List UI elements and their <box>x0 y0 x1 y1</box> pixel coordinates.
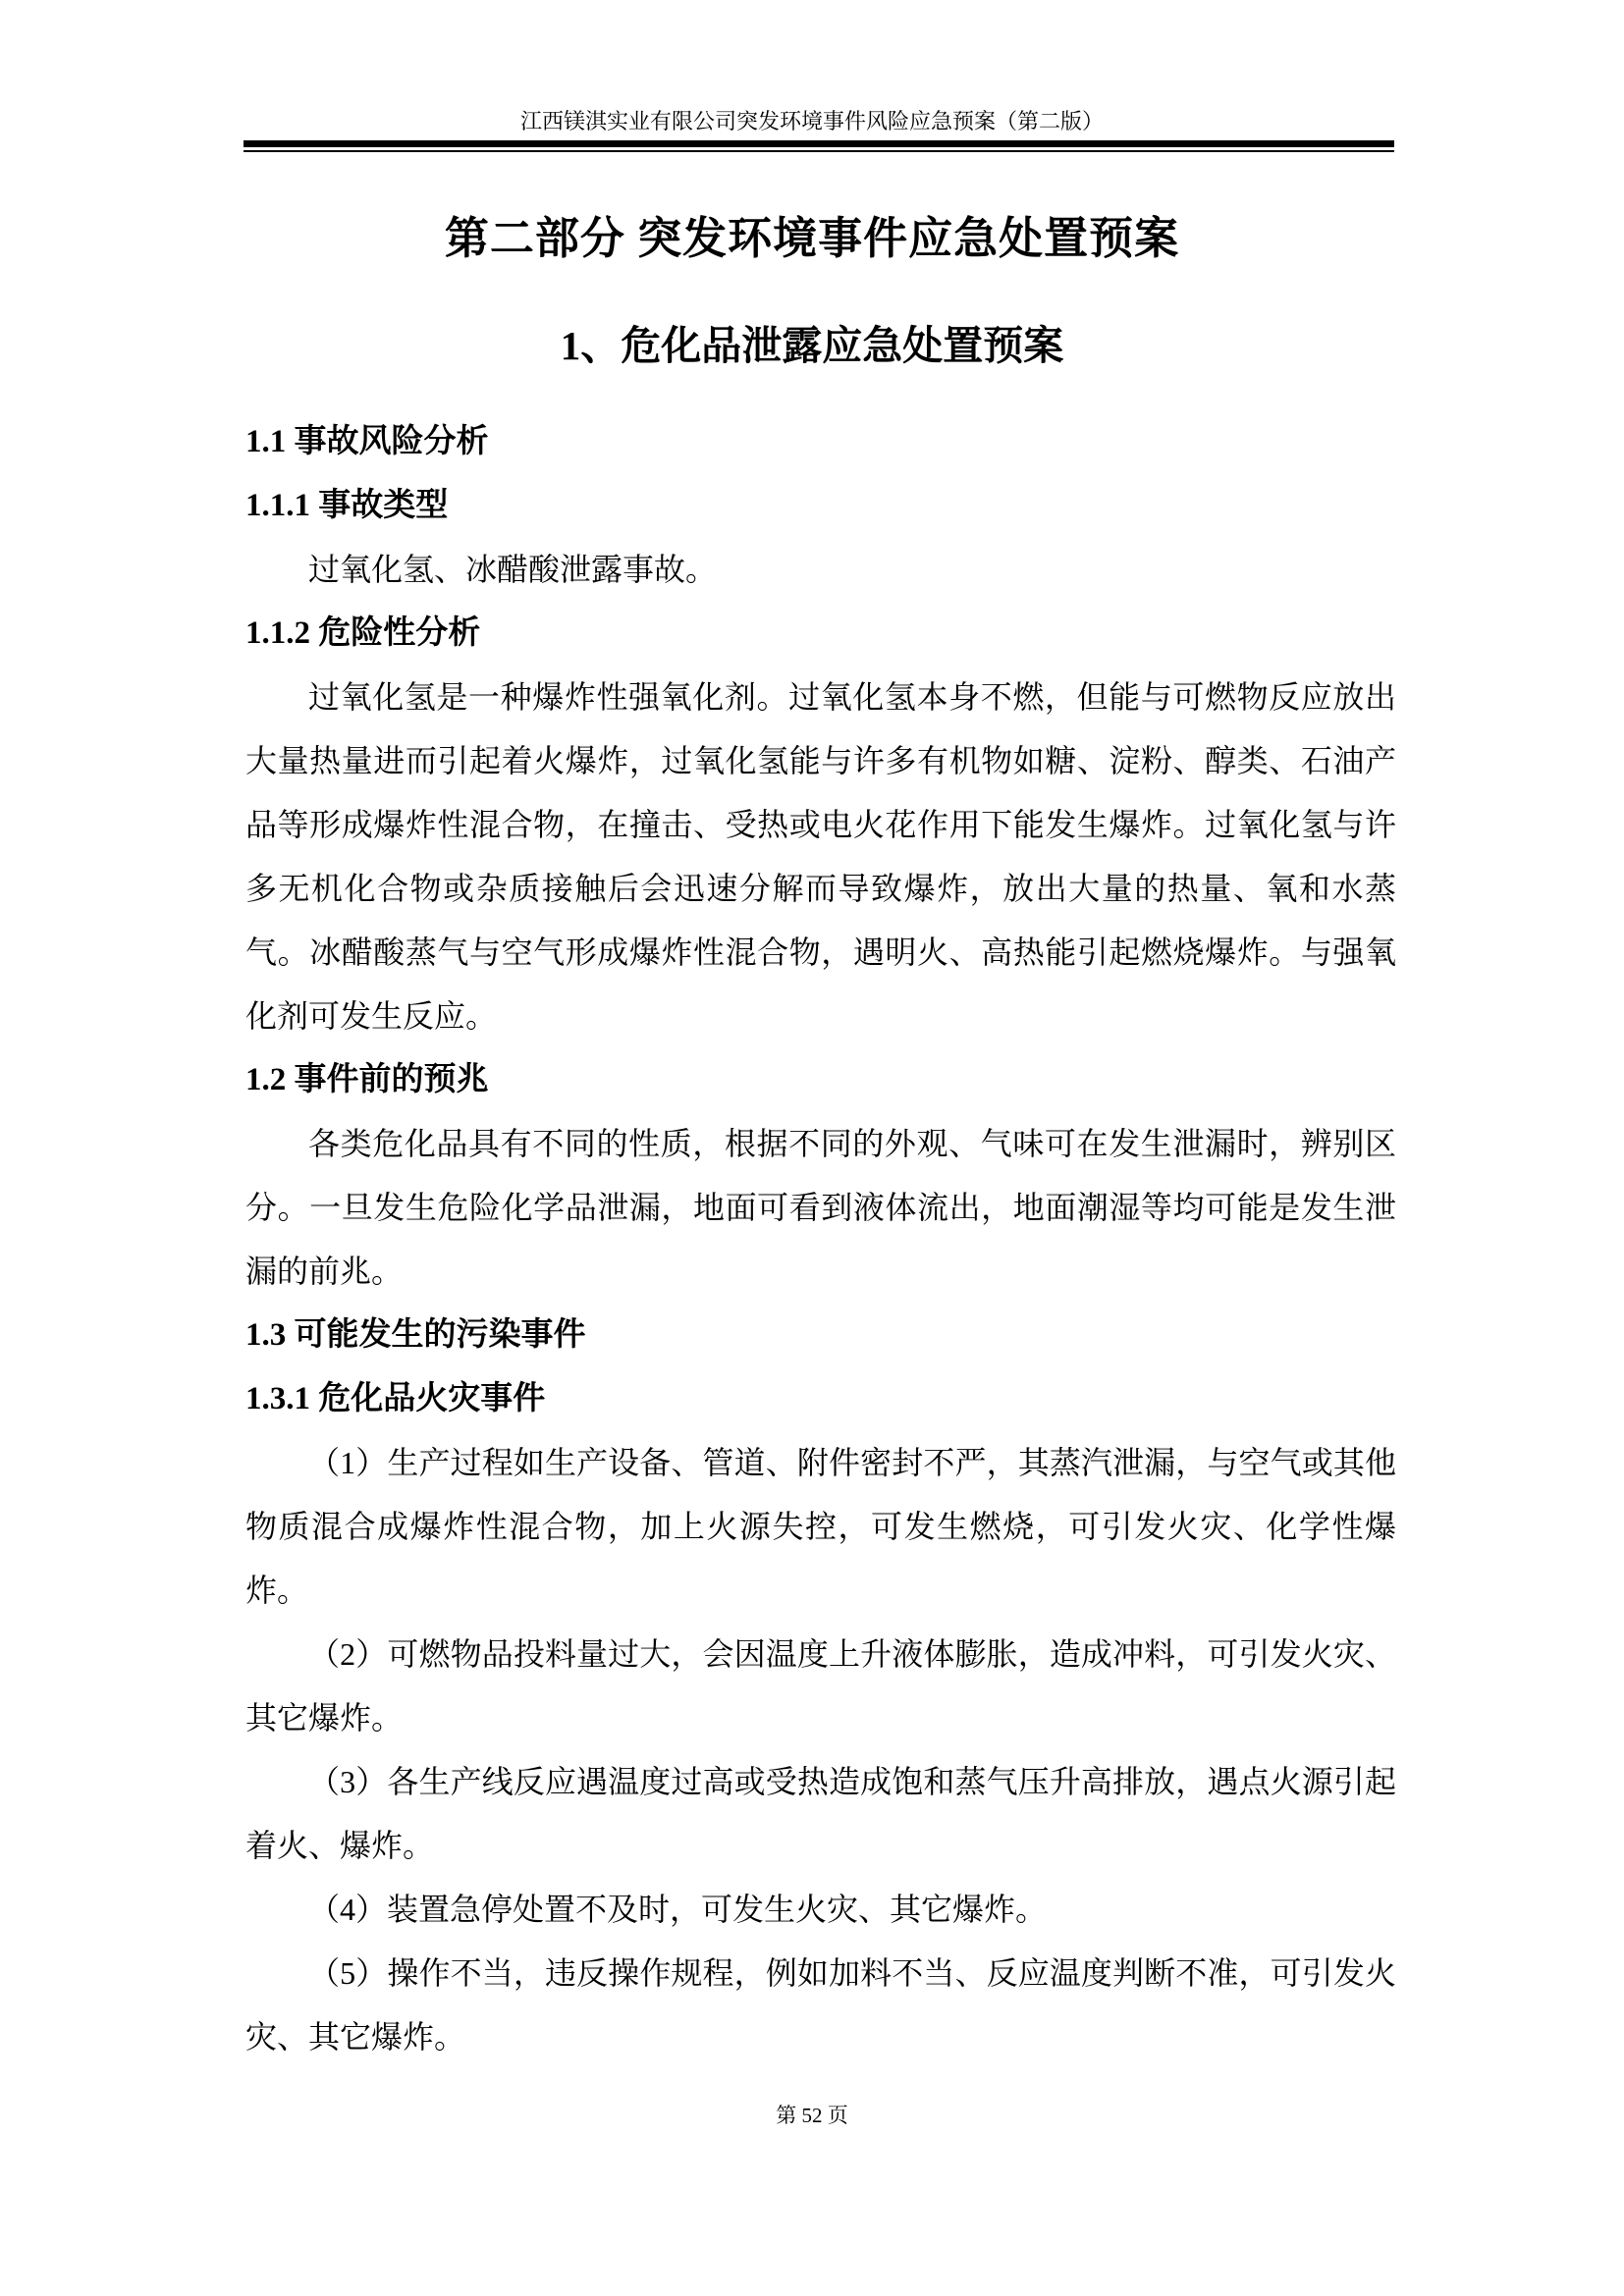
paragraph-item-2: （2）可燃物品投料量过大，会因温度上升液体膨胀，造成冲料，可引发火灾、其它爆炸。 <box>245 1623 1396 1750</box>
heading-1-3: 1.3 可能发生的污染事件 <box>245 1304 1396 1367</box>
heading-1-3-1: 1.3.1 危化品火灾事件 <box>245 1367 1396 1431</box>
paragraph-accident-type: 过氧化氢、冰醋酸泄露事故。 <box>245 538 1396 602</box>
heading-1-1-1: 1.1.1 事故类型 <box>245 474 1396 538</box>
page-number: 第 52 页 <box>0 2101 1624 2130</box>
header-rule-divider <box>244 140 1394 152</box>
chapter-title: 1、危化品泄露应急处置预案 <box>0 310 1624 381</box>
paragraph-item-4: （4）装置急停处置不及时，可发生火灾、其它爆炸。 <box>245 1878 1396 1942</box>
part-title: 第二部分 突发环境事件应急处置预案 <box>0 203 1624 274</box>
page-header-title: 江西镁淇实业有限公司突发环境事件风险应急预案（第二版） <box>0 108 1624 135</box>
paragraph-hazard-analysis: 过氧化氢是一种爆炸性强氧化剂。过氧化氢本身不燃，但能与可燃物反应放出大量热量进而… <box>245 666 1396 1048</box>
document-page: 江西镁淇实业有限公司突发环境事件风险应急预案（第二版） 第二部分 突发环境事件应… <box>0 0 1624 2296</box>
paragraph-item-5: （5）操作不当，违反操作规程，例如加料不当、反应温度判断不准，可引发火灾、其它爆… <box>245 1942 1396 2069</box>
heading-1-1: 1.1 事故风险分析 <box>245 410 1396 474</box>
paragraph-item-3: （3）各生产线反应遇温度过高或受热造成饱和蒸气压升高排放，遇点火源引起着火、爆炸… <box>245 1750 1396 1878</box>
heading-1-2: 1.2 事件前的预兆 <box>245 1048 1396 1112</box>
paragraph-precursors: 各类危化品具有不同的性质，根据不同的外观、气味可在发生泄漏时，辨别区分。一旦发生… <box>245 1112 1396 1304</box>
heading-1-1-2: 1.1.2 危险性分析 <box>245 602 1396 666</box>
document-body: 1.1 事故风险分析 1.1.1 事故类型 过氧化氢、冰醋酸泄露事故。 1.1.… <box>245 410 1396 2069</box>
paragraph-item-1: （1）生产过程如生产设备、管道、附件密封不严，其蒸汽泄漏，与空气或其他物质混合成… <box>245 1431 1396 1623</box>
